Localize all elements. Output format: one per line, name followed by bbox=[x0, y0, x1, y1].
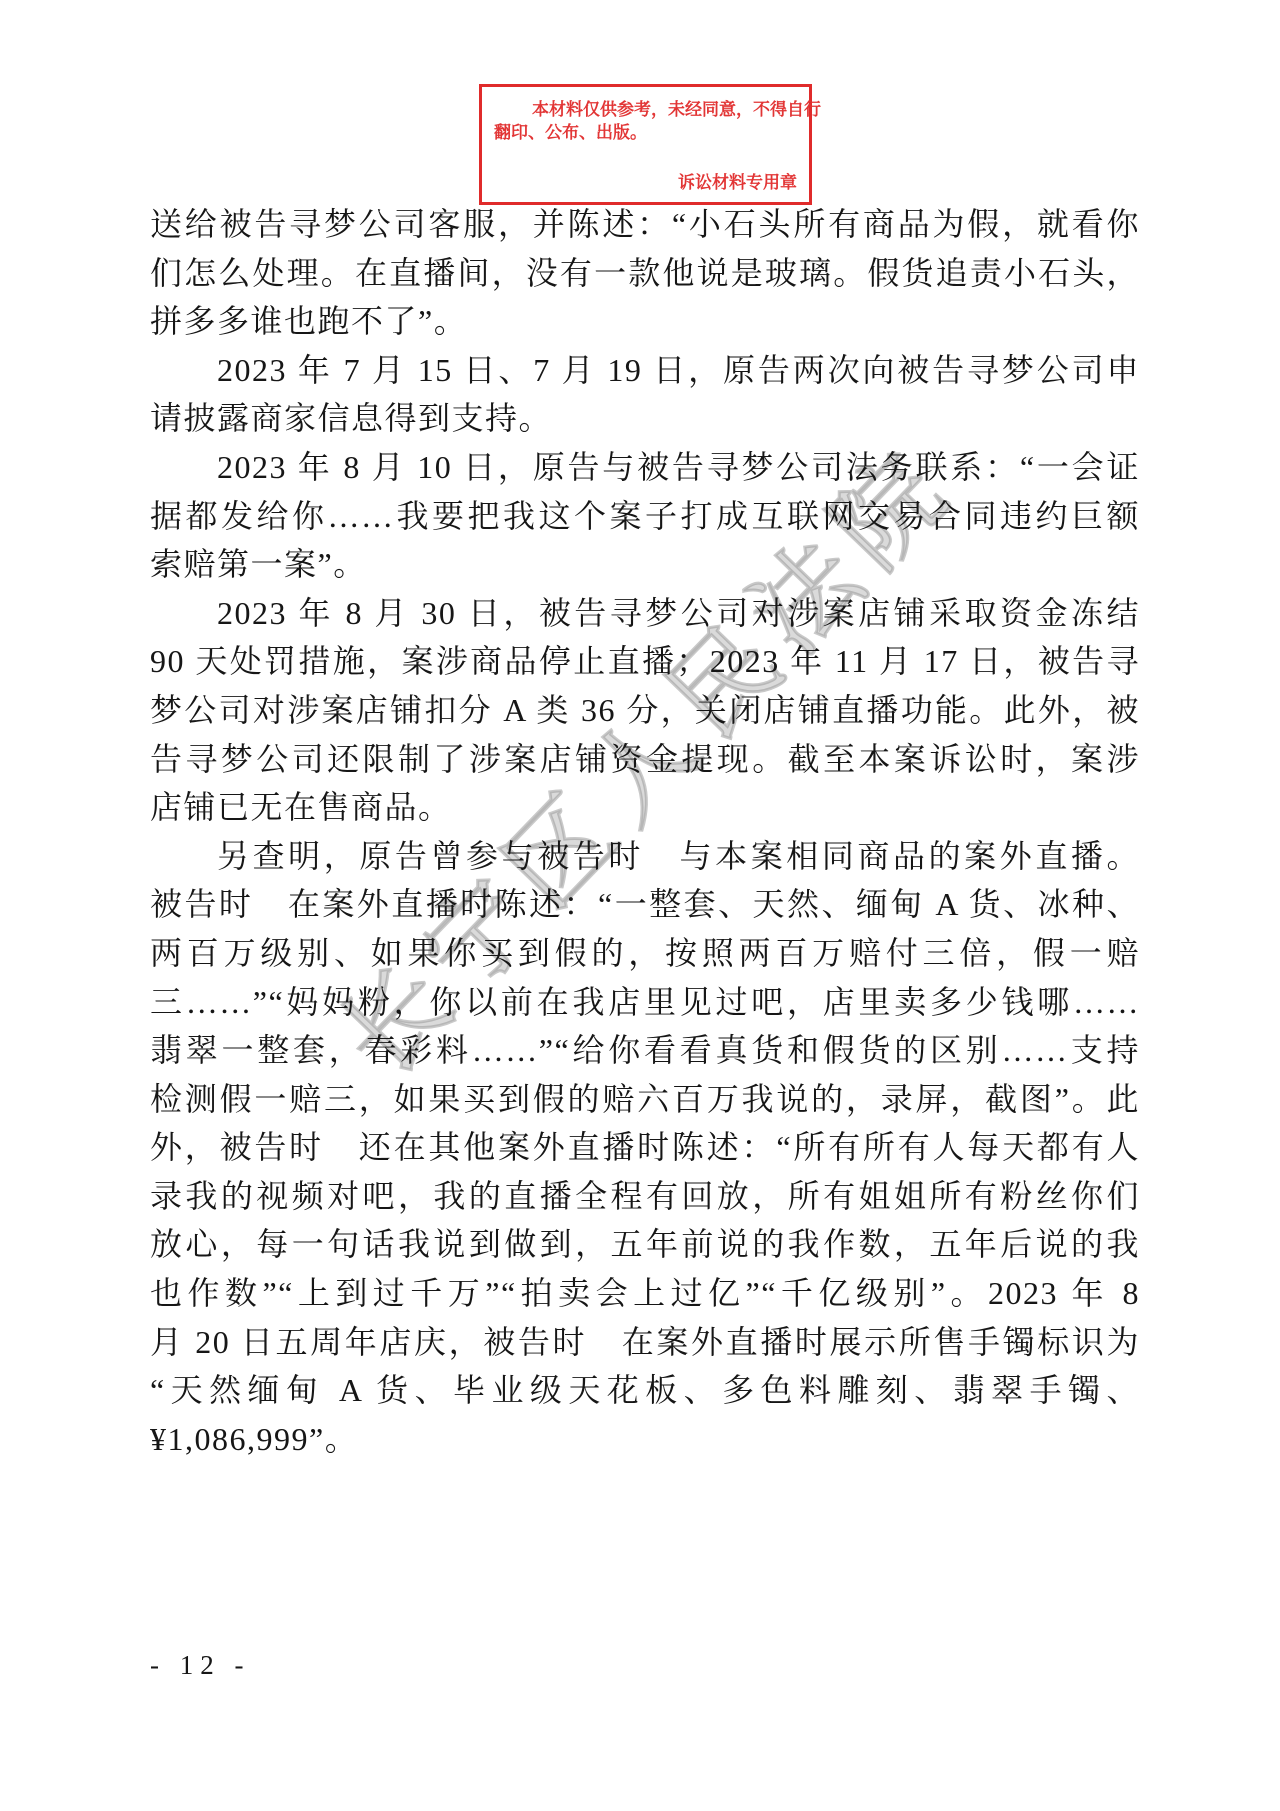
page: 本材料仅供参考，未经同意，不得自行 翻印、公布、出版。 诉讼材料专用章 长宁区人… bbox=[0, 0, 1280, 1811]
body-line: 请披露商家信息得到支持。 bbox=[150, 394, 1140, 443]
body-line: 录我的视频对吧，我的直播全程有回放，所有姐姐所有粉丝你们 bbox=[150, 1172, 1140, 1221]
body-line: 翡翠一整套，春彩料……”“给你看看真货和假货的区别……支持 bbox=[150, 1026, 1140, 1075]
litigation-stamp-box: 本材料仅供参考，未经同意，不得自行 翻印、公布、出版。 诉讼材料专用章 bbox=[479, 84, 812, 205]
body-line: 拼多多谁也跑不了”。 bbox=[150, 297, 1140, 346]
body-line: 月 20 日五周年店庆，被告时 在案外直播时展示所售手镯标识为 bbox=[150, 1318, 1140, 1367]
body-line: 店铺已无在售商品。 bbox=[150, 783, 1140, 832]
body-line: 2023 年 8 月 10 日，原告与被告寻梦公司法务联系：“一会证 bbox=[150, 443, 1140, 492]
body-line: 2023 年 8 月 30 日，被告寻梦公司对涉案店铺采取资金冻结 bbox=[150, 589, 1140, 638]
body-line: 2023 年 7 月 15 日、7 月 19 日，原告两次向被告寻梦公司申 bbox=[150, 346, 1140, 395]
body-line: 被告时 在案外直播时陈述：“一整套、天然、缅甸 A 货、冰种、 bbox=[150, 880, 1140, 929]
stamp-line-2: 翻印、公布、出版。 bbox=[494, 121, 797, 144]
body-line: 两百万级别、如果你买到假的，按照两百万赔付三倍，假一赔 bbox=[150, 929, 1140, 978]
body-line: “天然缅甸 A 货、毕业级天花板、多色料雕刻、翡翠手镯、 bbox=[150, 1366, 1140, 1415]
body-line: 也作数”“上到过千万”“拍卖会上过亿”“千亿级别”。2023 年 8 bbox=[150, 1269, 1140, 1318]
body-line: 们怎么处理。在直播间，没有一款他说是玻璃。假货追责小石头， bbox=[150, 249, 1140, 298]
body-line: 检测假一赔三，如果买到假的赔六百万我说的，录屏，截图”。此 bbox=[150, 1075, 1140, 1124]
body-line: 梦公司对涉案店铺扣分 A 类 36 分，关闭店铺直播功能。此外，被 bbox=[150, 686, 1140, 735]
body-line: 三……”“妈妈粉，你以前在我店里见过吧，店里卖多少钱哪…… bbox=[150, 978, 1140, 1027]
body-line: 送给被告寻梦公司客服，并陈述：“小石头所有商品为假，就看你 bbox=[150, 200, 1140, 249]
page-number: - 12 - bbox=[150, 1650, 250, 1681]
stamp-line-1: 本材料仅供参考，未经同意，不得自行 bbox=[494, 98, 797, 121]
body-line: ¥1,086,999”。 bbox=[150, 1415, 1140, 1464]
body-line: 据都发给你……我要把我这个案子打成互联网交易合同违约巨额 bbox=[150, 492, 1140, 541]
document-body: 送给被告寻梦公司客服，并陈述：“小石头所有商品为假，就看你 们怎么处理。在直播间… bbox=[150, 200, 1140, 1463]
body-line: 外，被告时 还在其他案外直播时陈述：“所有所有人每天都有人 bbox=[150, 1123, 1140, 1172]
body-line: 90 天处罚措施，案涉商品停止直播；2023 年 11 月 17 日，被告寻 bbox=[150, 637, 1140, 686]
body-line: 告寻梦公司还限制了涉案店铺资金提现。截至本案诉讼时，案涉 bbox=[150, 735, 1140, 784]
body-line: 另查明，原告曾参与被告时 与本案相同商品的案外直播。 bbox=[150, 832, 1140, 881]
stamp-line-3: 诉讼材料专用章 bbox=[494, 171, 797, 194]
body-line: 索赔第一案”。 bbox=[150, 540, 1140, 589]
body-line: 放心，每一句话我说到做到，五年前说的我作数，五年后说的我 bbox=[150, 1220, 1140, 1269]
